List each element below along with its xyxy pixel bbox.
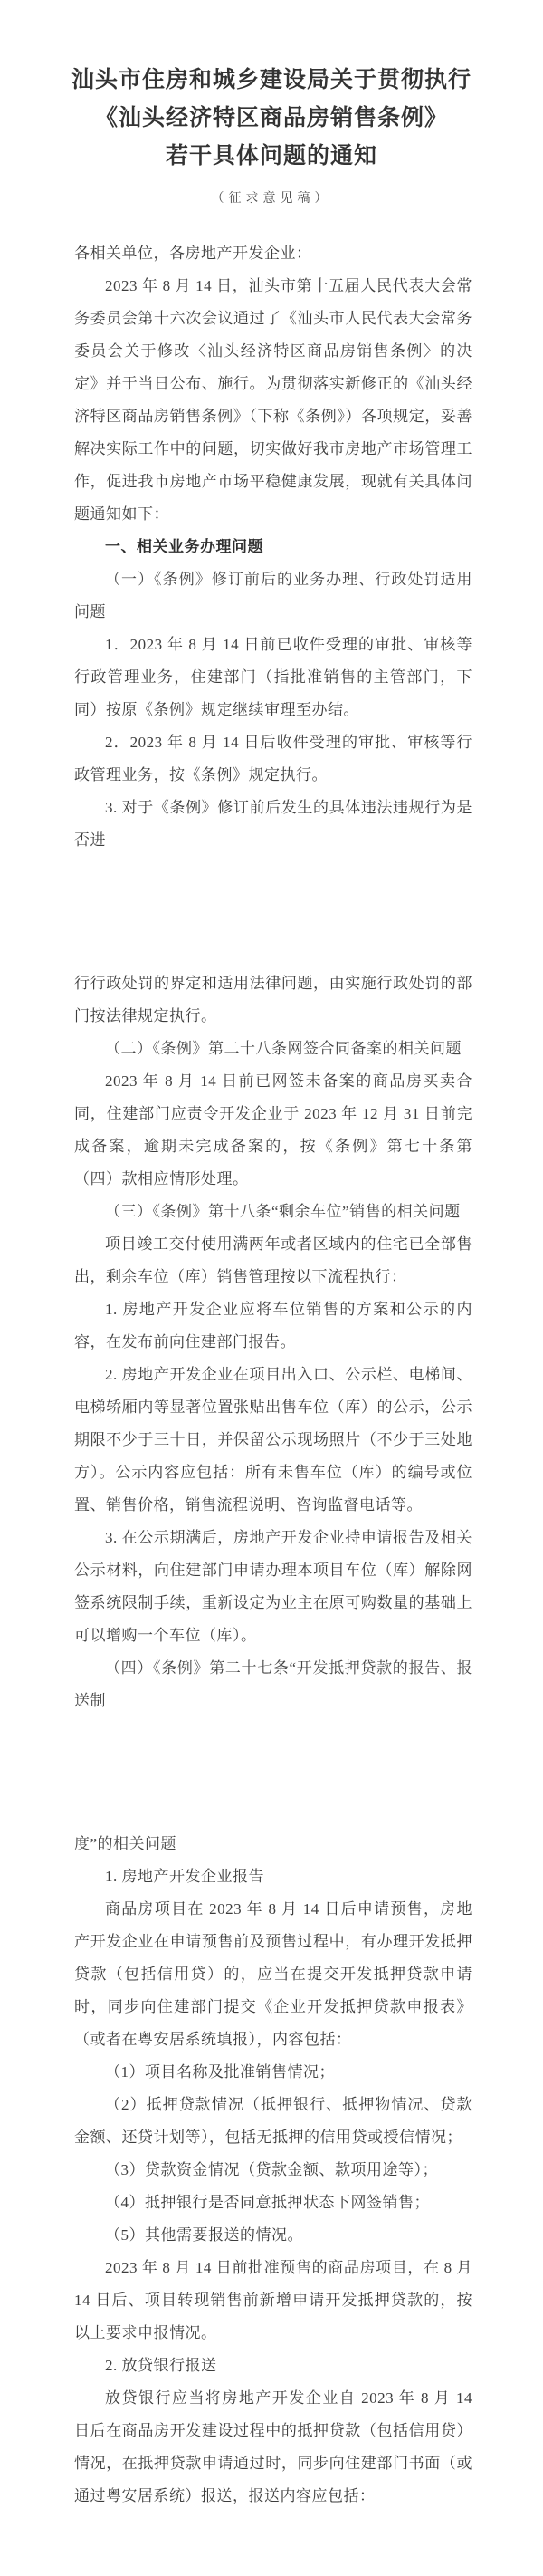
paragraph: 2. 房地产开发企业在项目出入口、公示栏、电梯间、电梯轿厢内等显著位置张贴出售车… [74,1359,472,1522]
subsection-heading: （一）《条例》修订前后的业务办理、行政处罚适用问题 [74,563,472,629]
document: 汕头市住房和城乡建设局关于贯彻执行 《汕头经济特区商品房销售条例》 若干具体问题… [0,0,543,2576]
title-line-1: 汕头市住房和城乡建设局关于贯彻执行 [54,62,489,100]
page-break [0,857,543,967]
subsection-heading-continuation: 度”的相关问题 [74,1828,472,1860]
document-header: 汕头市住房和城乡建设局关于贯彻执行 《汕头经济特区商品房销售条例》 若干具体问题… [0,62,543,207]
paragraph: 1．2023 年 8 月 14 日前已收件受理的审批、审核等行政管理业务，住建部… [74,629,472,726]
paragraph: 3. 在公示期满后，房地产开发企业持申请报告及相关公示材料，向住建部门申请办理本… [74,1522,472,1652]
section-heading: 一、相关业务办理问题 [74,531,472,563]
paragraph: 3. 对于《条例》修订前后发生的具体违法违规行为是否进 [74,792,472,857]
paragraph: 商品房项目在 2023 年 8 月 14 日后申请预售，房地产开发企业在申请预售… [74,1893,472,2056]
title-line-3: 若干具体问题的通知 [54,138,489,176]
salutation: 各相关单位，各房地产开发企业： [74,237,472,270]
paragraph: 2．2023 年 8 月 14 日后收件受理的审批、审核等行政管理业务，按《条例… [74,726,472,792]
list-item: （4）抵押银行是否同意抵押状态下网签销售； [74,2187,472,2219]
list-item: （5）其他需要报送的情况。 [74,2219,472,2252]
paragraph: 2023 年 8 月 14 日前已网签未备案的商品房买卖合同，住建部门应责令开发… [74,1065,472,1196]
bottom-margin [0,2513,543,2576]
paragraph: 项目竣工交付使用满两年或者区域内的住宅已全部售出，剩余车位（库）销售管理按以下流… [74,1228,472,1293]
list-item: （3）贷款资金情况（贷款金额、款项用途等）； [74,2154,472,2187]
page-1: 各相关单位，各房地产开发企业： 2023 年 8 月 14 日，汕头市第十五届人… [0,237,543,857]
list-item: （1）项目名称及批准销售情况； [74,2056,472,2089]
document-title: 汕头市住房和城乡建设局关于贯彻执行 《汕头经济特区商品房销售条例》 若干具体问题… [54,62,489,176]
paragraph: 2023 年 8 月 14 日前批准预售的商品房项目，在 8 月 14 日后、项… [74,2252,472,2350]
page-2: 行行政处罚的界定和适用法律问题，由实施行政处罚的部门按法律规定执行。 （二）《条… [0,967,543,1717]
subsection-heading: （三）《条例》第十八条“剩余车位”销售的相关问题 [74,1196,472,1228]
subsection-heading: （四）《条例》第二十七条“开发抵押贷款的报告、报送制 [74,1652,472,1717]
list-item: （2）抵押贷款情况（抵押银行、抵押物情况、贷款金额、还贷计划等），包括无抵押的信… [74,2089,472,2154]
subsection-heading: （二）《条例》第二十八条网签合同备案的相关问题 [74,1033,472,1065]
page-break [0,1717,543,1828]
paragraph-continuation: 行行政处罚的界定和适用法律问题，由实施行政处罚的部门按法律规定执行。 [74,967,472,1033]
page-3: 度”的相关问题 1. 房地产开发企业报告 商品房项目在 2023 年 8 月 1… [0,1828,543,2513]
draft-note: （征求意见稿） [54,188,489,207]
paragraph: 放贷银行应当将房地产开发企业自 2023 年 8 月 14 日后在商品房开发建设… [74,2382,472,2513]
title-line-2: 《汕头经济特区商品房销售条例》 [54,100,489,138]
paragraph: 2. 放贷银行报送 [74,2350,472,2382]
paragraph: 2023 年 8 月 14 日，汕头市第十五届人民代表大会常务委员会第十六次会议… [74,270,472,531]
paragraph: 1. 房地产开发企业应将车位销售的方案和公示的内容，在发布前向住建部门报告。 [74,1293,472,1359]
paragraph: 1. 房地产开发企业报告 [74,1860,472,1893]
